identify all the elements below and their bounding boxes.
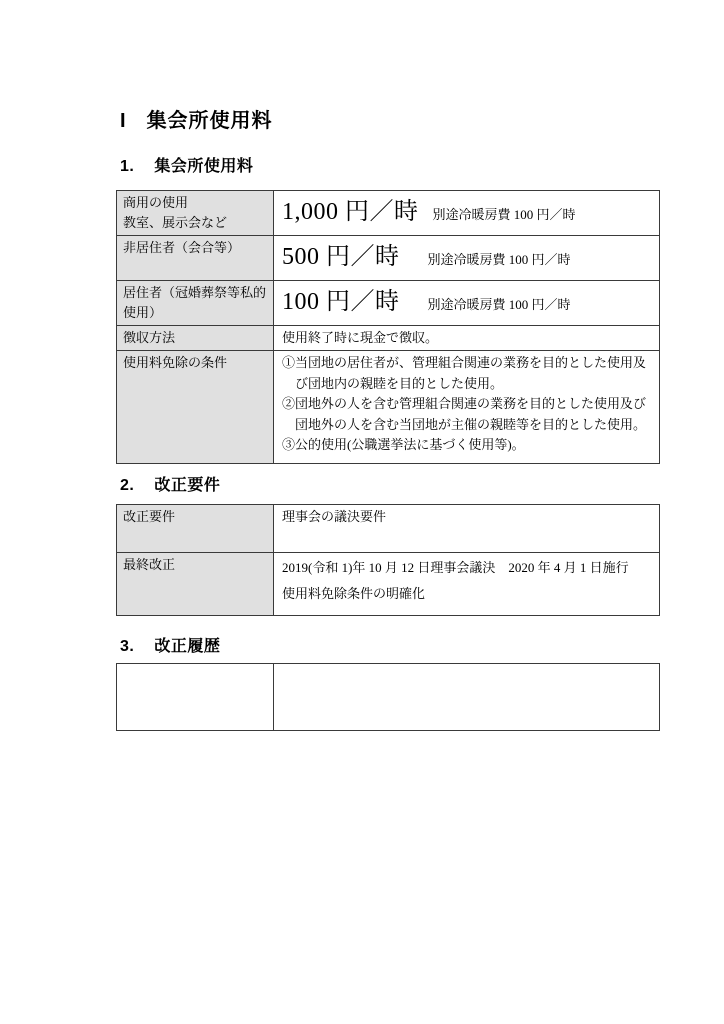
page-title: I集会所使用料 — [120, 110, 660, 132]
fee-row-value: 100 円／時別途冷暖房費 100 円／時 — [274, 281, 660, 326]
section-number: 1. — [120, 158, 134, 175]
fee-price: 1,000 円／時 — [282, 199, 419, 225]
last-revision-line-2: 使用料免除条件の明確化 — [282, 581, 653, 607]
fee-row-label: 居住者（冠婚葬祭等私的使用） — [117, 281, 274, 326]
revision-history-table — [116, 663, 660, 731]
fee-row-label: 非居住者（会合等） — [117, 236, 274, 281]
history-row-text-empty — [274, 664, 660, 731]
last-revision-text: 2019(令和 1)年 10 月 12 日理事会議決 2020 年 4 月 1 … — [274, 553, 660, 616]
section-title: 改正履歴 — [154, 638, 220, 655]
document-page: I集会所使用料 1.集会所使用料 商用の使用 教室、展示会など 1,000 円／… — [0, 0, 724, 1024]
section-heading-revision-requirements: 2.改正要件 — [120, 477, 660, 495]
section-number: 3. — [120, 638, 134, 655]
fee-price: 100 円／時 — [282, 289, 400, 315]
section-heading-fees: 1.集会所使用料 — [120, 158, 660, 176]
table-row: 改正要件 理事会の議決要件 — [117, 505, 660, 553]
fee-price: 500 円／時 — [282, 244, 400, 270]
fee-table: 商用の使用 教室、展示会など 1,000 円／時別途冷暖房費 100 円／時 非… — [116, 190, 660, 464]
page-title-text: 集会所使用料 — [147, 110, 273, 132]
revision-row-label: 最終改正 — [117, 553, 274, 616]
history-row-label-empty — [117, 664, 274, 731]
revision-row-label: 改正要件 — [117, 505, 274, 553]
exemption-item-2: ②団地外の人を含む管理組合関連の業務を目的とした使用及び団地外の人を含む当団地が… — [282, 394, 653, 435]
exemption-item-1: ①当団地の居住者が、管理組合関連の業務を目的とした使用及び団地内の親睦を目的とし… — [282, 353, 653, 394]
fee-row-text: 使用終了時に現金で徴収。 — [274, 326, 660, 351]
revision-row-text: 理事会の議決要件 — [274, 505, 660, 553]
section-title: 改正要件 — [154, 477, 220, 494]
page-title-numeral: I — [120, 110, 127, 132]
table-row: 使用料免除の条件 ①当団地の居住者が、管理組合関連の業務を目的とした使用及び団地… — [117, 351, 660, 464]
section-title: 集会所使用料 — [154, 158, 253, 175]
table-row — [117, 664, 660, 731]
fee-row-label: 使用料免除の条件 — [117, 351, 274, 464]
section-heading-revision-history: 3.改正履歴 — [120, 638, 660, 656]
revision-requirements-table: 改正要件 理事会の議決要件 最終改正 2019(令和 1)年 10 月 12 日… — [116, 504, 660, 616]
fee-row-label: 徴収方法 — [117, 326, 274, 351]
table-row: 最終改正 2019(令和 1)年 10 月 12 日理事会議決 2020 年 4… — [117, 553, 660, 616]
last-revision-line-1: 2019(令和 1)年 10 月 12 日理事会議決 2020 年 4 月 1 … — [282, 555, 653, 581]
fee-row-label: 商用の使用 教室、展示会など — [117, 191, 274, 236]
fee-price-note: 別途冷暖房費 100 円／時 — [433, 207, 576, 222]
table-row: 徴収方法 使用終了時に現金で徴収。 — [117, 326, 660, 351]
section-number: 2. — [120, 477, 134, 494]
table-row: 商用の使用 教室、展示会など 1,000 円／時別途冷暖房費 100 円／時 — [117, 191, 660, 236]
exemption-item-3: ③公的使用(公職選挙法に基づく使用等)。 — [282, 435, 653, 456]
table-row: 非居住者（会合等） 500 円／時別途冷暖房費 100 円／時 — [117, 236, 660, 281]
fee-exemption-conditions: ①当団地の居住者が、管理組合関連の業務を目的とした使用及び団地内の親睦を目的とし… — [274, 351, 660, 464]
fee-price-note: 別途冷暖房費 100 円／時 — [428, 252, 571, 267]
table-row: 居住者（冠婚葬祭等私的使用） 100 円／時別途冷暖房費 100 円／時 — [117, 281, 660, 326]
fee-row-value: 500 円／時別途冷暖房費 100 円／時 — [274, 236, 660, 281]
fee-price-note: 別途冷暖房費 100 円／時 — [428, 297, 571, 312]
fee-row-value: 1,000 円／時別途冷暖房費 100 円／時 — [274, 191, 660, 236]
